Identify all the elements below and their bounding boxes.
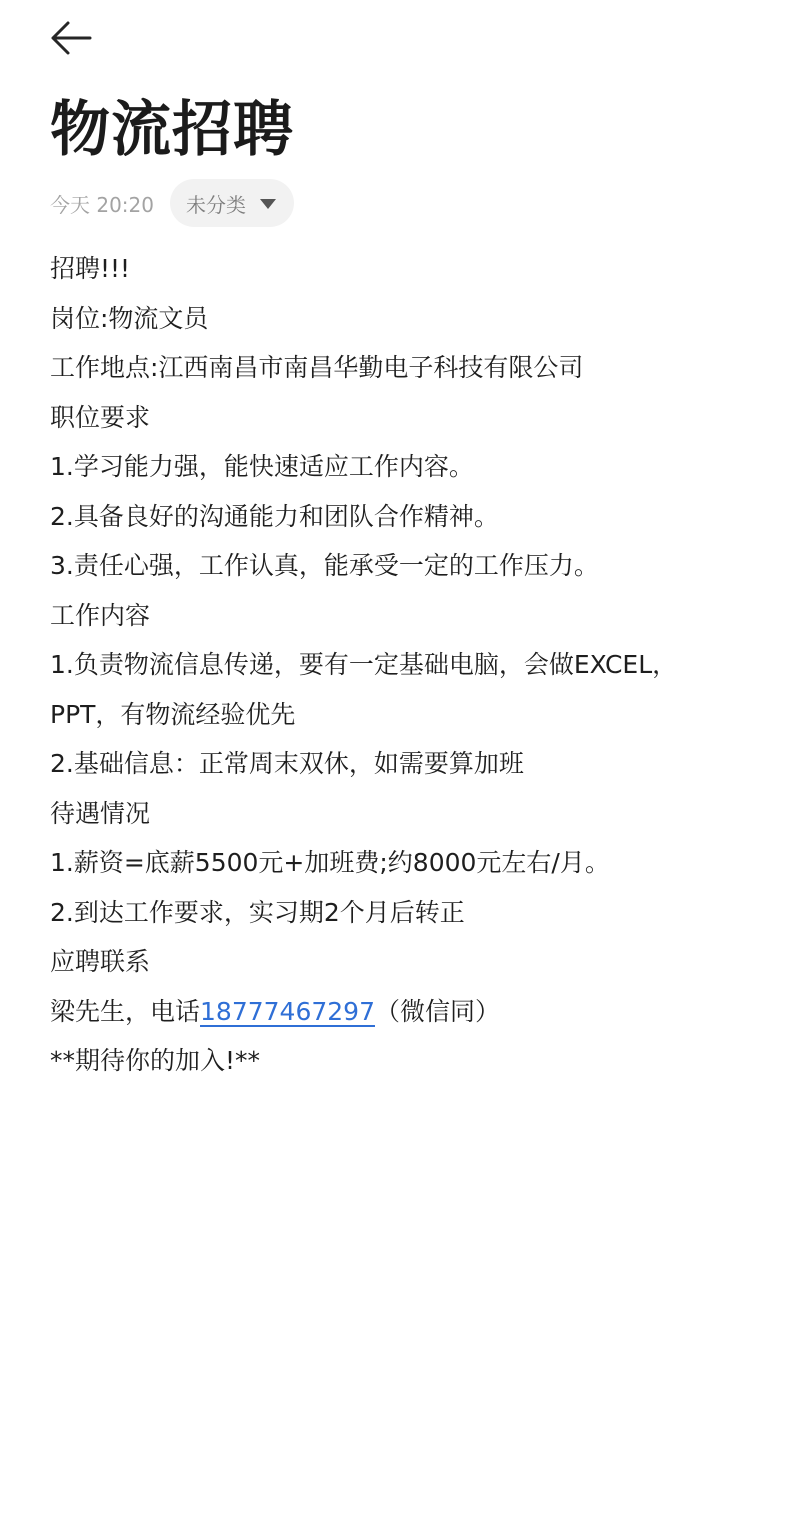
page-title[interactable]: 物流招聘 [50,94,294,166]
note-line: 职位要求 [50,393,760,443]
note-line: 2.到达工作要求，实习期2个月后转正 [50,888,760,938]
note-line: 招聘!!! [50,244,760,294]
closing-line: **期待你的加入!** [50,1036,760,1086]
note-line: PPT，有物流经验优先 [50,690,760,740]
note-line: 岗位:物流文员 [50,294,760,344]
category-label: 未分类 [186,189,246,218]
contact-suffix: （微信同） [375,997,500,1026]
note-line: 应聘联系 [50,937,760,987]
note-line: 1.负责物流信息传递，要有一定基础电脑，会做EXCEL， [50,640,760,690]
note-meta-row: 今天 20:20 未分类 [50,178,294,228]
note-line: 3.责任心强，工作认真，能承受一定的工作压力。 [50,541,760,591]
contact-line: 梁先生，电话18777467297（微信同） [50,987,760,1037]
note-line: 1.薪资=底薪5500元+加班费;约8000元左右/月。 [50,838,760,888]
note-line: 2.基础信息：正常周末双休，如需要算加班 [50,739,760,789]
note-body[interactable]: 招聘!!! 岗位:物流文员 工作地点:江西南昌市南昌华勤电子科技有限公司 职位要… [50,244,760,1086]
note-line: 待遇情况 [50,789,760,839]
phone-link[interactable]: 18777467297 [200,997,375,1026]
timestamp: 今天 20:20 [50,189,154,218]
category-dropdown[interactable]: 未分类 [170,179,294,227]
note-line: 工作地点:江西南昌市南昌华勤电子科技有限公司 [50,343,760,393]
back-button[interactable] [48,14,100,62]
chevron-down-icon [260,199,276,209]
note-line: 工作内容 [50,591,760,641]
contact-prefix: 梁先生，电话 [50,997,200,1026]
arrow-left-icon [48,16,92,60]
note-line: 2.具备良好的沟通能力和团队合作精神。 [50,492,760,542]
note-line: 1.学习能力强，能快速适应工作内容。 [50,442,760,492]
